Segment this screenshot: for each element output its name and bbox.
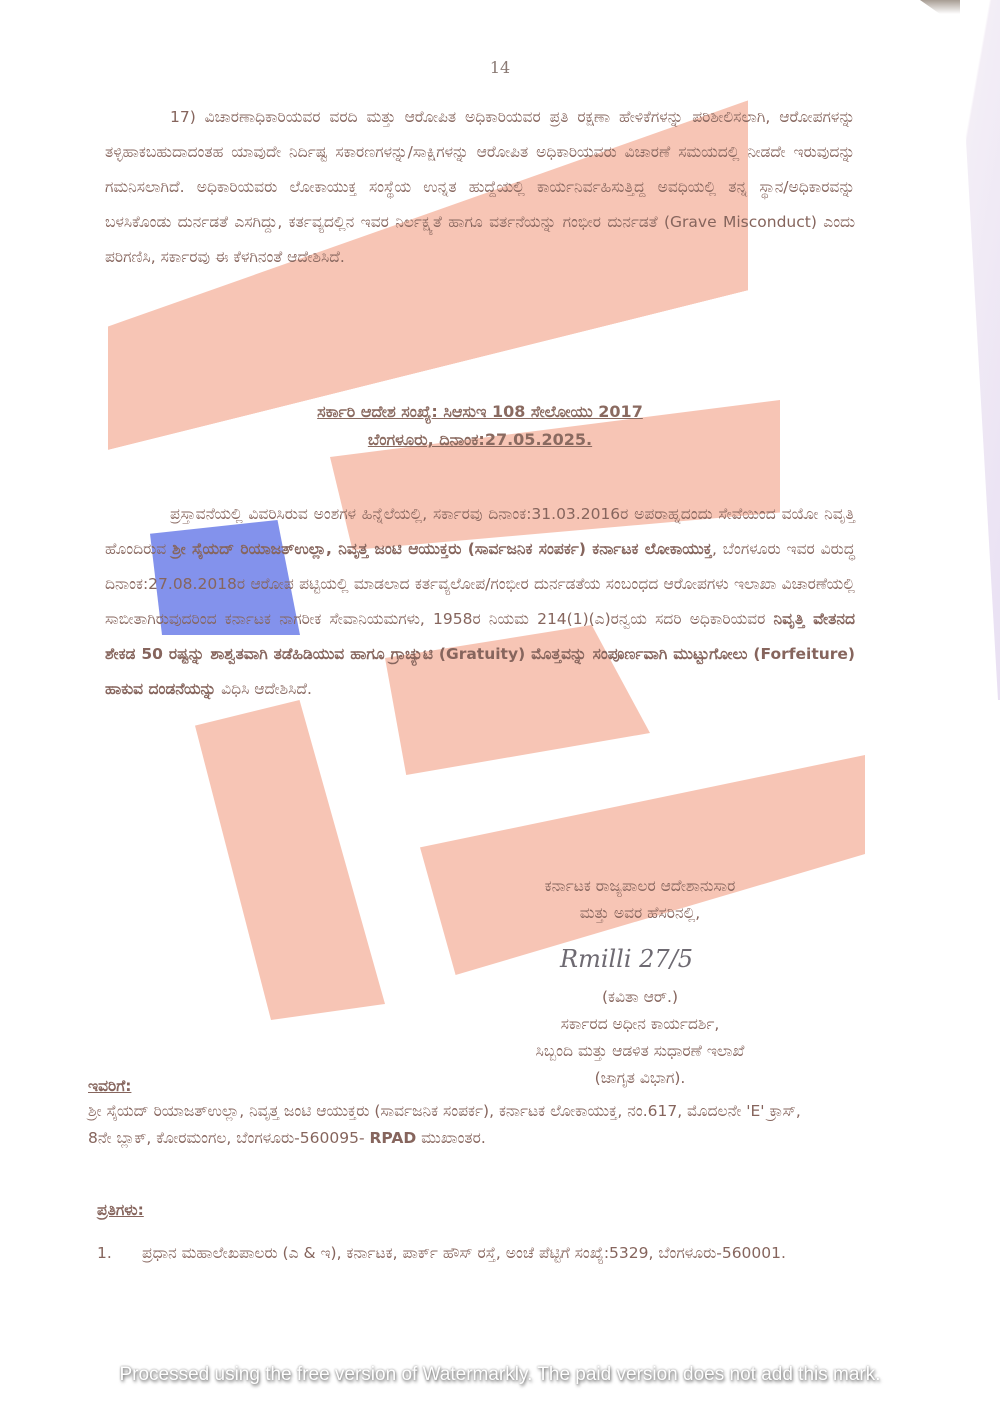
order-place-date: ಬೆಂಗಳೂರು, ದಿನಾಂಕ:27.05.2025.: [170, 426, 790, 454]
copy-list-item: 1. ಪ್ರಧಾನ ಮಹಾಲೇಖಪಾಲರು (ಎ & ಇ), ಕರ್ನಾಟಕ, …: [97, 1240, 817, 1267]
handwritten-signature: Rmilli 27/5: [560, 945, 693, 973]
signatory-department: ಸಿಬ್ಬಂದಿ ಮತ್ತು ಆಡಳಿತ ಸುಧಾರಣೆ ಇಲಾಖೆ: [420, 1038, 860, 1065]
overlay-shape: [195, 700, 385, 1020]
order-number: ಸರ್ಕಾರಿ ಆದೇಶ ಸಂಖ್ಯೆ: ಸಿಆಸುಇ 108 ಸೇಲೋಯು 2…: [170, 398, 790, 426]
signatory-block: (ಕವಿತಾ ಆರ್.) ಸರ್ಕಾರದ ಅಧೀನ ಕಾರ್ಯದರ್ಶಿ, ಸಿ…: [420, 984, 860, 1092]
authority-line-2: ಮತ್ತು ಅವರ ಹೆಸರಿನಲ್ಲಿ,: [420, 900, 860, 927]
overlay-shape: [420, 755, 865, 975]
recipient-label: ಇವರಿಗೆ:: [88, 1072, 131, 1100]
signatory-section: (ಜಾಗೃತ ವಿಭಾಗ).: [420, 1065, 860, 1092]
official-name: ಶ್ರೀ ಸೈಯದ್ ರಿಯಾಜತ್‌ಉಲ್ಲಾ, ನಿವೃತ್ತ ಜಂಟಿ ಆ…: [172, 540, 712, 558]
copies-label: ಪ್ರತಿಗಳು:: [97, 1196, 144, 1224]
copy-item-text: ಪ್ರಧಾನ ಮಹಾಲೇಖಪಾಲರು (ಎ & ಇ), ಕರ್ನಾಟಕ, ಪಾರ…: [142, 1240, 786, 1267]
recipient-address: ಶ್ರೀ ಸೈಯದ್ ರಿಯಾಜತ್‌ಉಲ್ಲಾ, ನಿವೃತ್ತ ಜಂಟಿ ಆ…: [88, 1098, 818, 1152]
paragraph-17: 17) ವಿಚಾರಣಾಧಿಕಾರಿಯವರ ವರದಿ ಮತ್ತು ಆರೋಪಿತ ಅ…: [105, 100, 855, 275]
paragraph-17-text: 17) ವಿಚಾರಣಾಧಿಕಾರಿಯವರ ವರದಿ ಮತ್ತು ಆರೋಪಿತ ಅ…: [105, 100, 855, 275]
signatory-designation: ಸರ್ಕಾರದ ಅಧೀನ ಕಾರ್ಯದರ್ಶಿ,: [420, 1011, 860, 1038]
page-number: 14: [0, 58, 1000, 77]
page-fold-edge: [900, 0, 1000, 700]
authority-block: ಕರ್ನಾಟಕ ರಾಜ್ಯಪಾಲರ ಆದೇಶಾನುಸಾರ ಮತ್ತು ಅವರ ಹ…: [420, 873, 860, 927]
order-heading: ಸರ್ಕಾರಿ ಆದೇಶ ಸಂಖ್ಯೆ: ಸಿಆಸುಇ 108 ಸೇಲೋಯು 2…: [170, 398, 790, 454]
order-body: ಪ್ರಸ್ತಾವನೆಯಲ್ಲಿ ವಿವರಿಸಿರುವ ಅಂಶಗಳ ಹಿನ್ನೆಲ…: [105, 497, 855, 707]
delivery-mode: RPAD: [369, 1129, 416, 1147]
watermark-banner: Processed using the free version of Wate…: [0, 1364, 1000, 1386]
signatory-name: (ಕವಿತಾ ಆರ್.): [420, 984, 860, 1011]
order-body-part3: ವಿಧಿಸಿ ಆದೇಶಿಸಿದೆ.: [216, 680, 312, 698]
authority-line-1: ಕರ್ನಾಟಕ ರಾಜ್ಯಪಾಲರ ಆದೇಶಾನುಸಾರ: [420, 873, 860, 900]
scanned-document-page: 14 17) ವಿಚಾರಣಾಧಿಕಾರಿಯವರ ವರದಿ ಮತ್ತು ಆರೋಪಿ…: [0, 0, 1000, 1414]
copy-item-number: 1.: [97, 1240, 142, 1267]
page-corner-shadow: [900, 0, 1000, 14]
